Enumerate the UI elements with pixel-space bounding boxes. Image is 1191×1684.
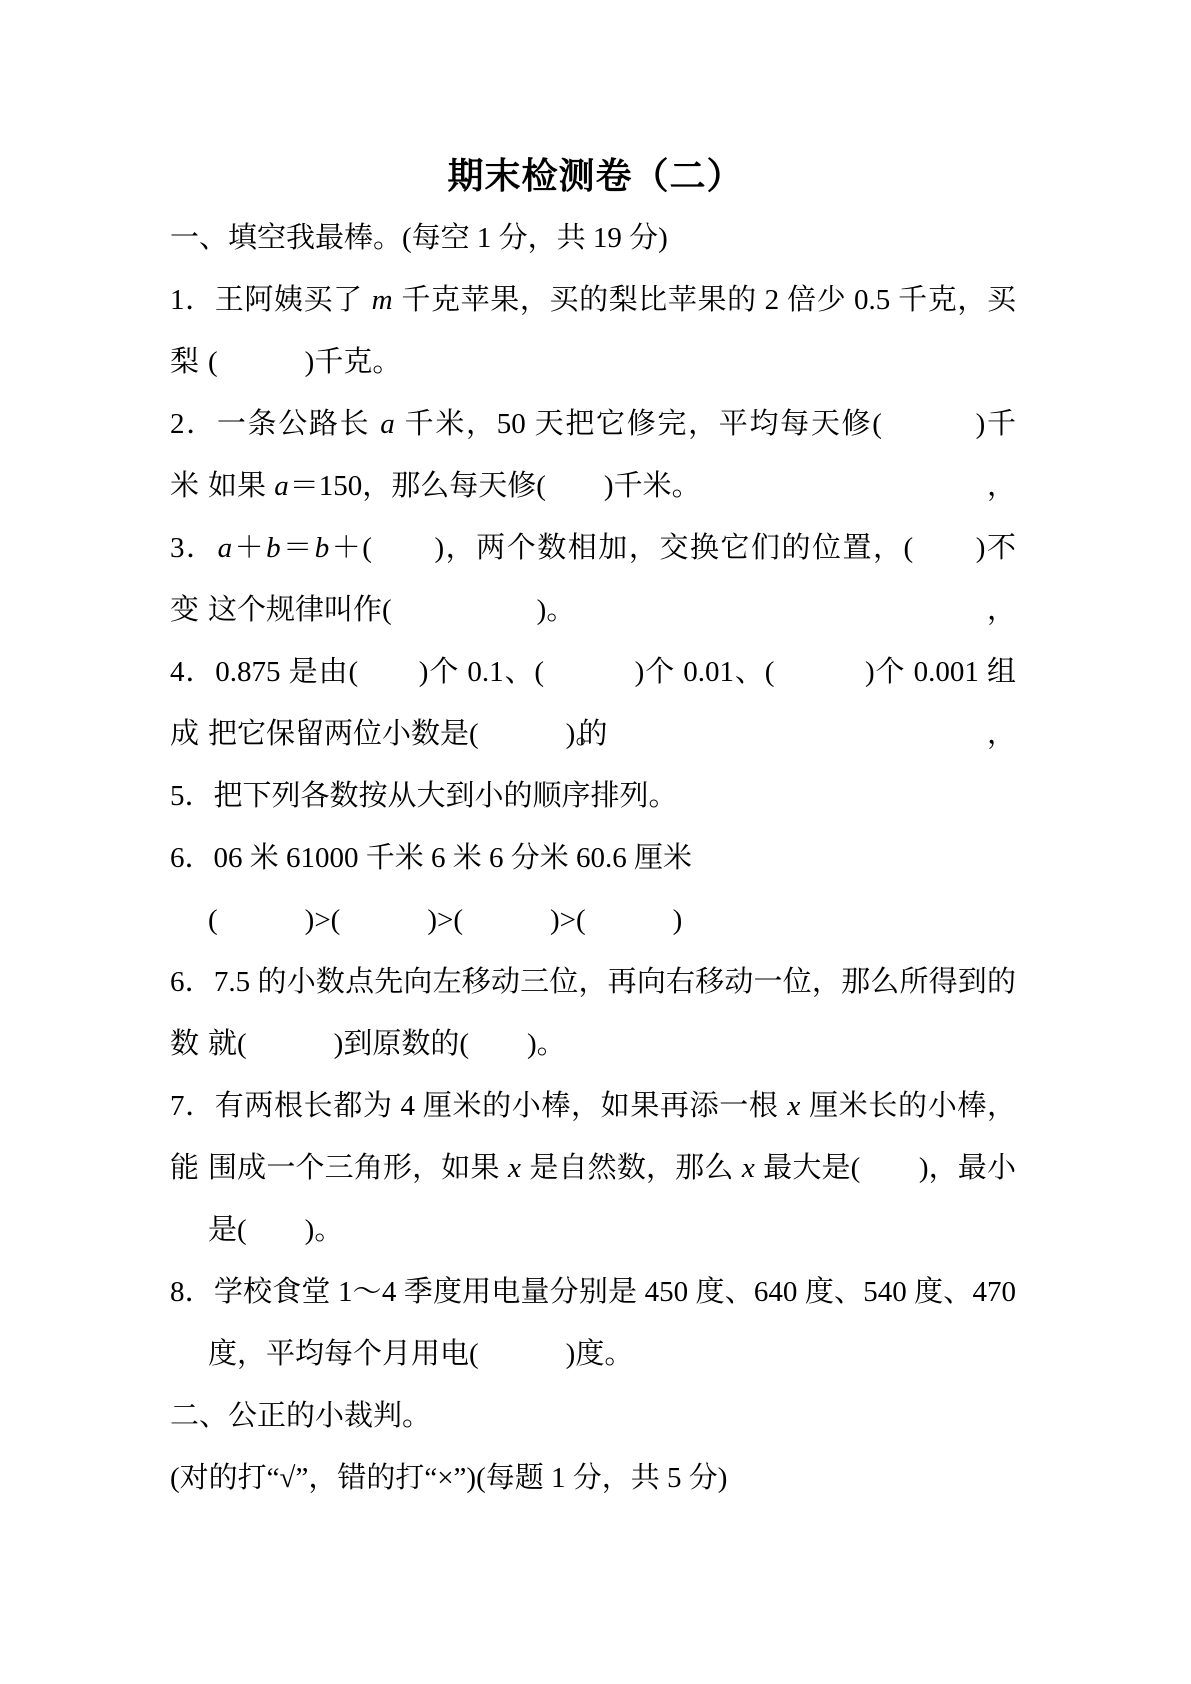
math-variable: a (217, 532, 234, 564)
paper-body: 一、填空我最棒。(每空 1 分，共 19 分) 1．王阿姨买了 m 千克苹果，买… (170, 207, 1016, 1509)
question-text: 最大是( )，最小 (756, 1152, 1016, 1184)
question-6-line: ( )>( )>( )>( ) (170, 889, 1016, 951)
question-text: 3． (170, 532, 217, 564)
question-text: 7．有两根长都为 4 厘米的小棒，如果再添一根 (170, 1090, 786, 1122)
question-text: 是自然数，那么 (522, 1152, 741, 1184)
question-list: 1．王阿姨买了 m 千克苹果，买的梨比苹果的 2 倍少 0.5 千克，买梨( )… (170, 269, 1016, 1385)
question-text: 5．把下列各数按从大到小的顺序排列。 (170, 780, 678, 812)
question-8-line: 度，平均每个月用电( )度。 (170, 1323, 1016, 1385)
question-7-line: 7．有两根长都为 4 厘米的小棒，如果再添一根 x 厘米长的小棒，能 (170, 1075, 1016, 1137)
question-text: ＝150，那么每天修( )千米。 (290, 470, 701, 502)
section-one-heading: 一、填空我最棒。(每空 1 分，共 19 分) (170, 207, 1016, 269)
math-variable: x (786, 1090, 801, 1122)
question-text: 2．一条公路长 (170, 408, 379, 440)
question-text: 这个规律叫作( )。 (208, 594, 575, 626)
question-text: 是( )。 (208, 1214, 343, 1246)
question-text: ＝ (282, 532, 314, 564)
paper-title: 期末检测卷（二） (0, 148, 1191, 199)
math-variable: x (741, 1152, 756, 1184)
question-text: 6．06 米 61000 千米 6 米 6 分米 60.6 厘米 (170, 842, 692, 874)
section-two-note: (对的打“√”，错的打“×”)(每题 1 分，共 5 分) (170, 1447, 1016, 1509)
question-text: 8．学校食堂 1～4 季度用电量分别是 450 度、640 度、540 度、47… (170, 1276, 1016, 1308)
question-text: 把它保留两位小数是( )。 (208, 718, 604, 750)
question-1-line: ( )千克。 (170, 331, 1016, 393)
question-text: ( )千克。 (208, 346, 401, 378)
question-8-line: 8．学校食堂 1～4 季度用电量分别是 450 度、640 度、540 度、47… (170, 1261, 1016, 1323)
math-variable: a (273, 470, 290, 502)
question-text: 度，平均每个月用电( )度。 (208, 1338, 633, 1370)
question-7-line: 是( )。 (170, 1199, 1016, 1261)
question-text: 就( )到原数的( )。 (208, 1028, 566, 1060)
question-text: 如果 (208, 470, 273, 502)
question-text: 1．王阿姨买了 (170, 284, 371, 316)
question-6-line: 6．06 米 61000 千米 6 米 6 分米 60.6 厘米 (170, 827, 1016, 889)
math-variable: a (379, 408, 396, 440)
math-variable: b (314, 532, 331, 564)
question-text: ( )>( )>( )>( ) (208, 904, 682, 936)
test-paper-page: 期末检测卷（二） 一、填空我最棒。(每空 1 分，共 19 分) 1．王阿姨买了… (0, 0, 1191, 1684)
question-3-line: 3．a＋b＝b＋( )，两个数相加，交换它们的位置，( )不变， (170, 517, 1016, 579)
math-variable: x (507, 1152, 522, 1184)
question-6b-line: 6．7.5 的小数点先向左移动三位，再向右移动一位，那么所得到的数 (170, 951, 1016, 1013)
question-5-line: 5．把下列各数按从大到小的顺序排列。 (170, 765, 1016, 827)
math-variable: b (265, 532, 282, 564)
question-2-line: 2．一条公路长 a 千米，50 天把它修完，平均每天修( )千米， (170, 393, 1016, 455)
question-7-line: 围成一个三角形，如果 x 是自然数，那么 x 最大是( )，最小 (170, 1137, 1016, 1199)
section-two-heading: 二、公正的小裁判。 (170, 1385, 1016, 1447)
question-6b-line: 就( )到原数的( )。 (170, 1013, 1016, 1075)
question-1-line: 1．王阿姨买了 m 千克苹果，买的梨比苹果的 2 倍少 0.5 千克，买梨 (170, 269, 1016, 331)
question-4-line: 4．0.875 是由( )个 0.1、( )个 0.01、( )个 0.001 … (170, 641, 1016, 703)
question-text: 围成一个三角形，如果 (208, 1152, 507, 1184)
math-variable: m (371, 284, 394, 316)
question-text: ＋ (233, 532, 265, 564)
